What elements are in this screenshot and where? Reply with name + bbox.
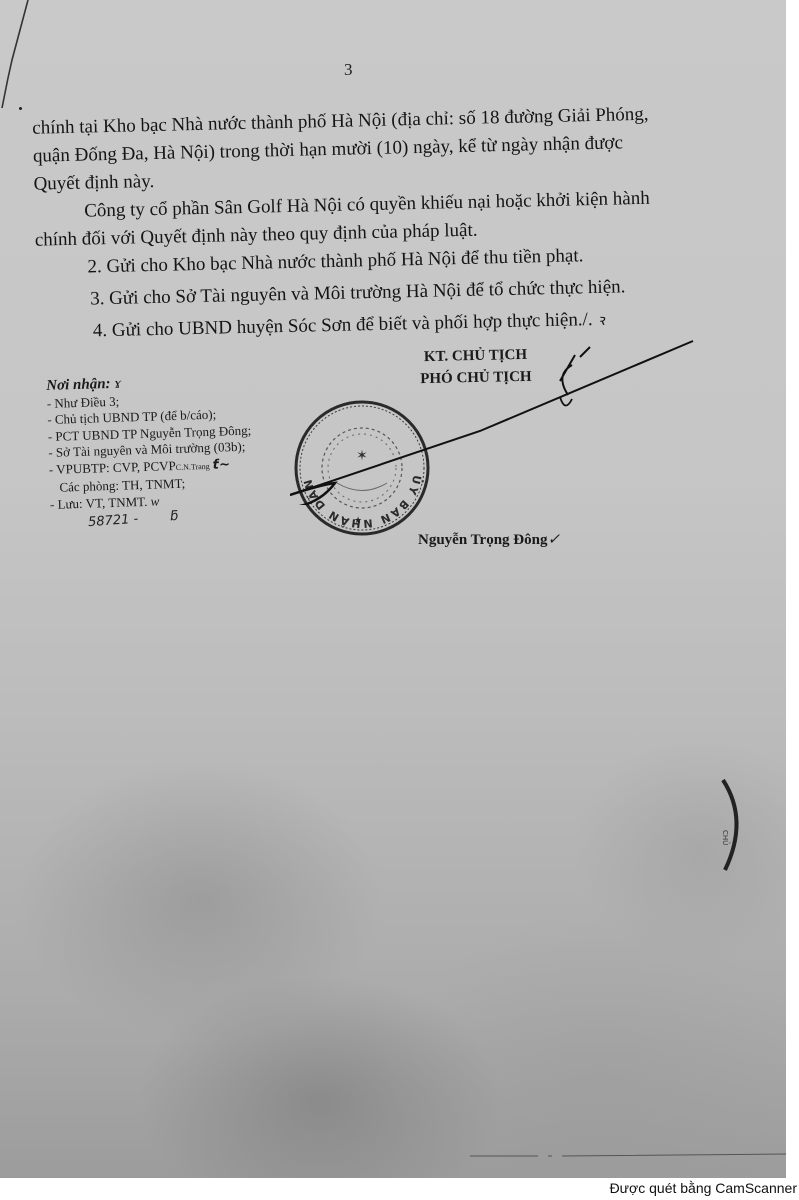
page-fold-edge <box>0 0 30 110</box>
svg-text:CHỦ: CHỦ <box>721 830 731 845</box>
handwritten-check-icon: ɤ <box>114 376 121 392</box>
svg-text:★: ★ <box>354 515 362 525</box>
official-seal-icon: ỦY BAN NHÂN DÂN THÀNH PHỐ HÀ NỘI ✶ ★ <box>292 398 432 538</box>
camscanner-watermark: Được quét bằng CamScanner <box>610 1180 797 1196</box>
handwritten-mark-icon: ƭ~ <box>213 457 231 473</box>
page-number: 3 <box>344 60 353 80</box>
title-line-1: KT. CHỦ TỊCH <box>420 344 532 368</box>
svg-text:✶: ✶ <box>356 449 368 464</box>
handwritten-mark-icon: w <box>150 493 159 508</box>
document-body: chính tại Kho bạc Nhà nước thành phố Hà … <box>20 100 685 347</box>
handwritten-check-icon: ✓ <box>547 532 560 548</box>
recipient-subscript: C.N.Trang <box>176 461 210 471</box>
page-bottom-rule <box>470 1153 786 1157</box>
handwritten-initial: ꝛ <box>597 311 605 329</box>
recipients-list: Nơi nhận: ɤ - Như Điều 3; - Chủ tịch UBN… <box>46 372 254 513</box>
speck <box>19 107 22 110</box>
signature-title-block: KT. CHỦ TỊCH PHÓ CHỦ TỊCH <box>420 344 532 390</box>
signer-name: Nguyễn Trọng Đông✓ <box>418 530 560 549</box>
title-line-2: PHÓ CHỦ TỊCH <box>420 366 532 390</box>
partial-seal-imprint-icon: CHỦ <box>715 775 755 875</box>
